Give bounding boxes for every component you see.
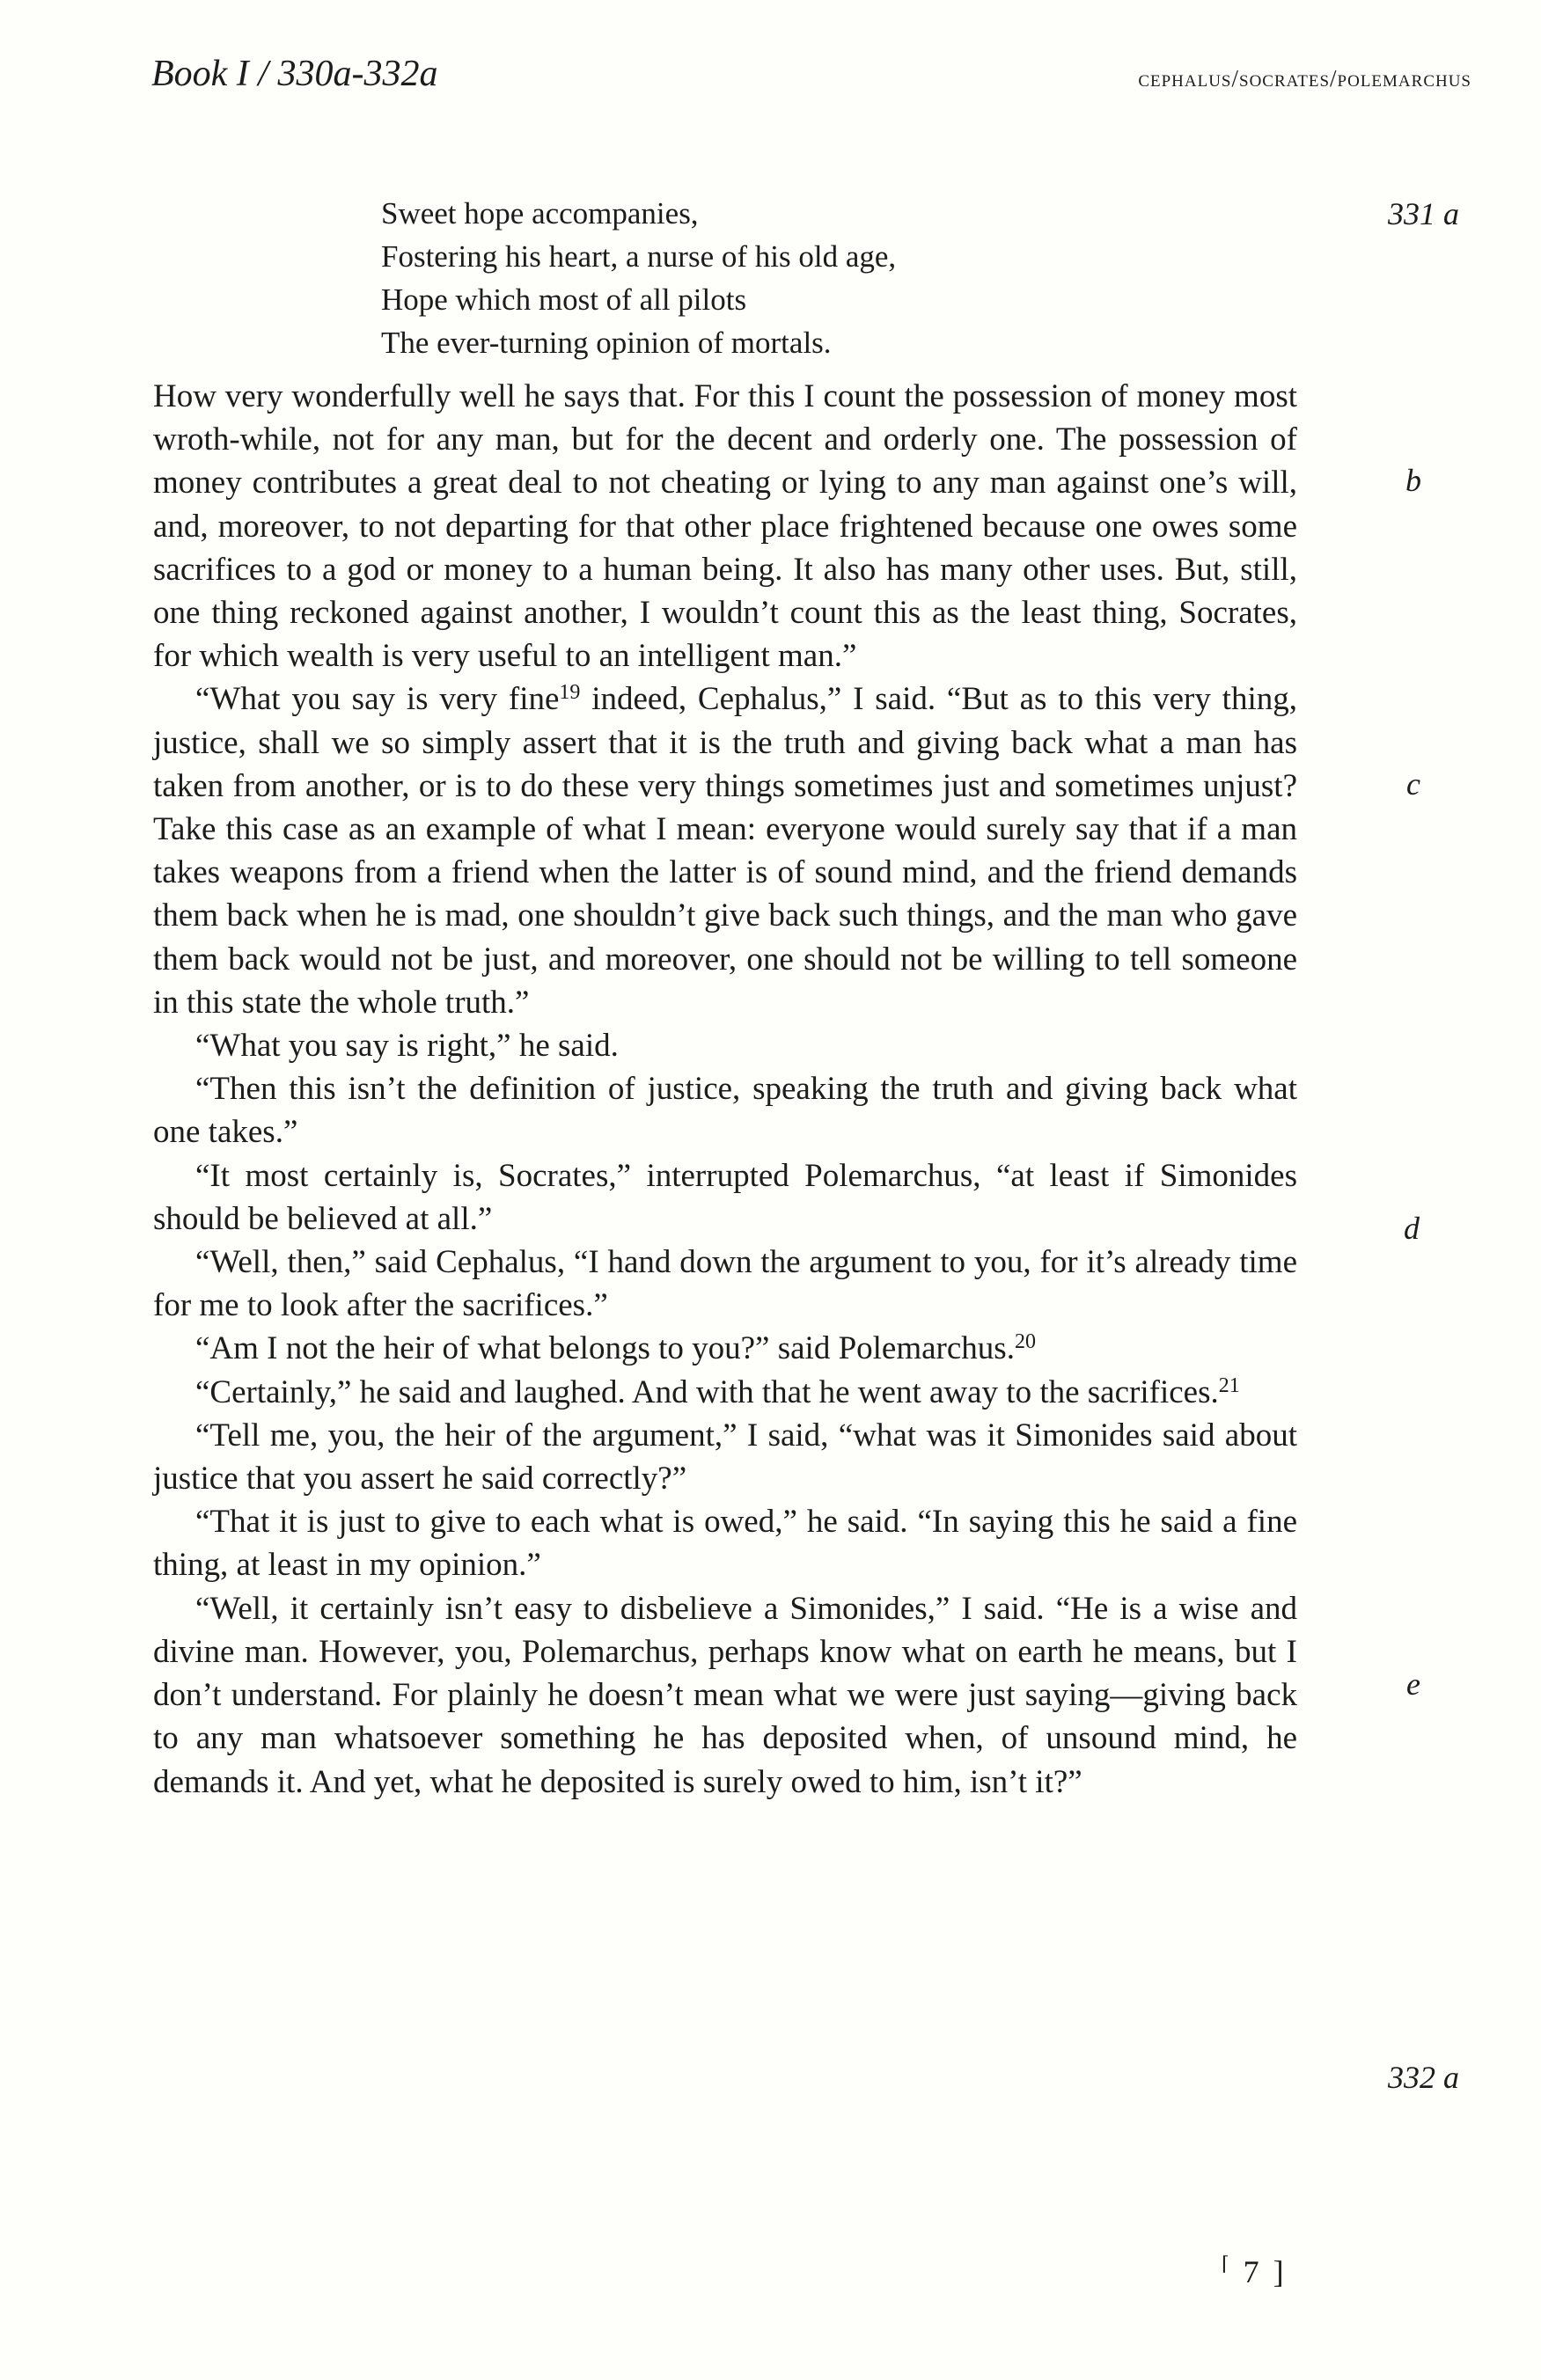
footnote-marker[interactable]: 20 <box>1015 1330 1036 1353</box>
speakers-heading: CEPHALUS/SOCRATES/POLEMARCHUS <box>1138 65 1471 92</box>
stephanus-ref-c: c <box>1406 765 1420 802</box>
running-head: Book I / 330a-332a CEPHALUS/SOCRATES/POL… <box>151 53 1471 106</box>
paragraph: “Then this isn’t the definition of justi… <box>153 1067 1297 1153</box>
body-text: How very wonderfully well he says that. … <box>153 375 1297 1804</box>
paragraph: “What you say is very fine19 indeed, Cep… <box>153 677 1297 1024</box>
verse-line: The ever-turning opinion of mortals. <box>381 321 896 364</box>
paragraph: “Well, it certainly isn’t easy to disbel… <box>153 1587 1297 1804</box>
footnote-marker[interactable]: 21 <box>1219 1374 1240 1397</box>
paragraph: “Well, then,” said Cephalus, “I hand dow… <box>153 1241 1297 1327</box>
footnote-marker[interactable]: 19 <box>559 681 580 704</box>
paragraph: “Am I not the heir of what belongs to yo… <box>153 1327 1297 1370</box>
stephanus-ref-b: b <box>1405 462 1421 499</box>
verse-line: Sweet hope accompanies, <box>381 192 896 235</box>
verse-quotation: Sweet hope accompanies, Fostering his he… <box>381 192 896 364</box>
paragraph: “That it is just to give to each what is… <box>153 1500 1297 1586</box>
page-number: ⌈7] <box>1222 2252 1284 2290</box>
paragraph: “What you say is right,” he said. <box>153 1024 1297 1067</box>
bracket-right: ] <box>1273 2254 1284 2289</box>
paragraph: How very wonderfully well he says that. … <box>153 375 1297 677</box>
stephanus-ref-332a: 332 a <box>1388 2059 1459 2096</box>
verse-line: Hope which most of all pilots <box>381 278 896 321</box>
bracket-left: ⌈ <box>1222 2252 1229 2274</box>
stephanus-ref-e: e <box>1406 1666 1420 1703</box>
paragraph: “It most certainly is, Socrates,” interr… <box>153 1154 1297 1241</box>
stephanus-ref-331a: 331 a <box>1388 195 1459 232</box>
verse-line: Fostering his heart, a nurse of his old … <box>381 235 896 278</box>
stephanus-ref-d: d <box>1404 1210 1420 1247</box>
book-section-reference: Book I / 330a-332a <box>151 53 437 95</box>
paragraph: “Tell me, you, the heir of the argument,… <box>153 1414 1297 1500</box>
paragraph: “Certainly,” he said and laughed. And wi… <box>153 1371 1297 1414</box>
